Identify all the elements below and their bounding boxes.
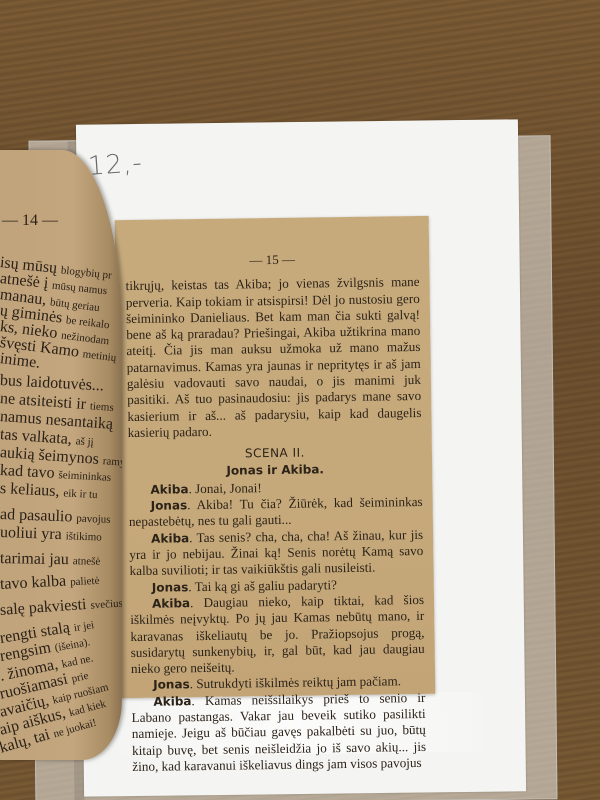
left-page-line: tavo kalba palietė [0,571,100,594]
scene-cast: Jonas ir Akiba. [128,460,422,480]
left-book-page-curled: — 14 — isų mūsų blogybių pratnešė į mūsų… [0,150,122,760]
line-text-compressed: palietė [70,575,100,589]
left-page-line: uoliui yra ištikimo [0,524,102,546]
speaker: Akiba [153,694,191,709]
right-page-body: tikrųjų, keistas tas Akiba; jo vienas žv… [115,266,436,775]
dialogue-line: Akiba. Daugiau nieko, kaip tiktai, kad š… [130,592,425,678]
dialogue-text: Tai ką gi aš galiu padaryti? [195,577,337,594]
opening-paragraph: tikrųjų, keistas tas Akiba; jo vienas žv… [125,274,421,441]
line-text-compressed: eik ir tu [63,487,98,501]
line-text: ad pasaulio [0,506,73,526]
line-text-compressed: svečius [90,597,122,611]
line-text-compressed: pavojus [76,513,111,526]
speaker: Jonas [153,678,190,693]
left-page-line: inime. [0,350,41,373]
speaker: Akiba [152,596,190,611]
speaker: Akiba [150,482,188,497]
line-text-compressed: aš jį [75,435,94,448]
line-text: salę pakviesti [0,596,87,619]
price-mark: 12,- [87,148,144,182]
left-page-line: salę pakviesti svečius [0,593,122,620]
line-text: tavo kalba [0,573,67,593]
page-number-left: — 14 — [2,212,58,230]
line-text-compressed: šeimininkas [58,469,111,484]
speaker: Jonas [151,498,188,513]
speaker: Akiba [151,531,189,546]
dialogue-line: Akiba. Tas senis? cha, cha, cha! Aš žina… [129,527,424,580]
dialogue-text: Sutrukdyti iškilmės reiktų jam pačiam. [196,674,401,692]
line-text: inime. [0,350,41,372]
line-text-compressed: metinių [82,348,117,364]
line-text-compressed: tiems [89,400,114,414]
dialogue-line: Akiba. Kamas neišsilaikys prieš to senio… [131,690,426,776]
line-text: tarimai jau [0,550,69,568]
line-text: s keliaus, [0,480,60,500]
speaker: Jonas [152,580,189,595]
dialogue-line: Jonas. Akiba! Tu čia? Žiūrėk, kad šeimin… [129,494,423,531]
left-page-line: s keliaus, eik ir tu [0,480,98,503]
dialogue-text: Jonai, Jonai! [195,480,262,496]
left-page-line: tarimai jau atnešė [0,550,100,570]
line-text: uoliui yra [0,524,62,543]
right-book-page: — 15 — tikrųjų, keistas tas Akiba; jo vi… [115,216,436,698]
line-text-compressed: atnešė [73,555,101,567]
line-text: kad tavo [0,462,55,482]
line-text-compressed: ištikimo [65,530,101,543]
